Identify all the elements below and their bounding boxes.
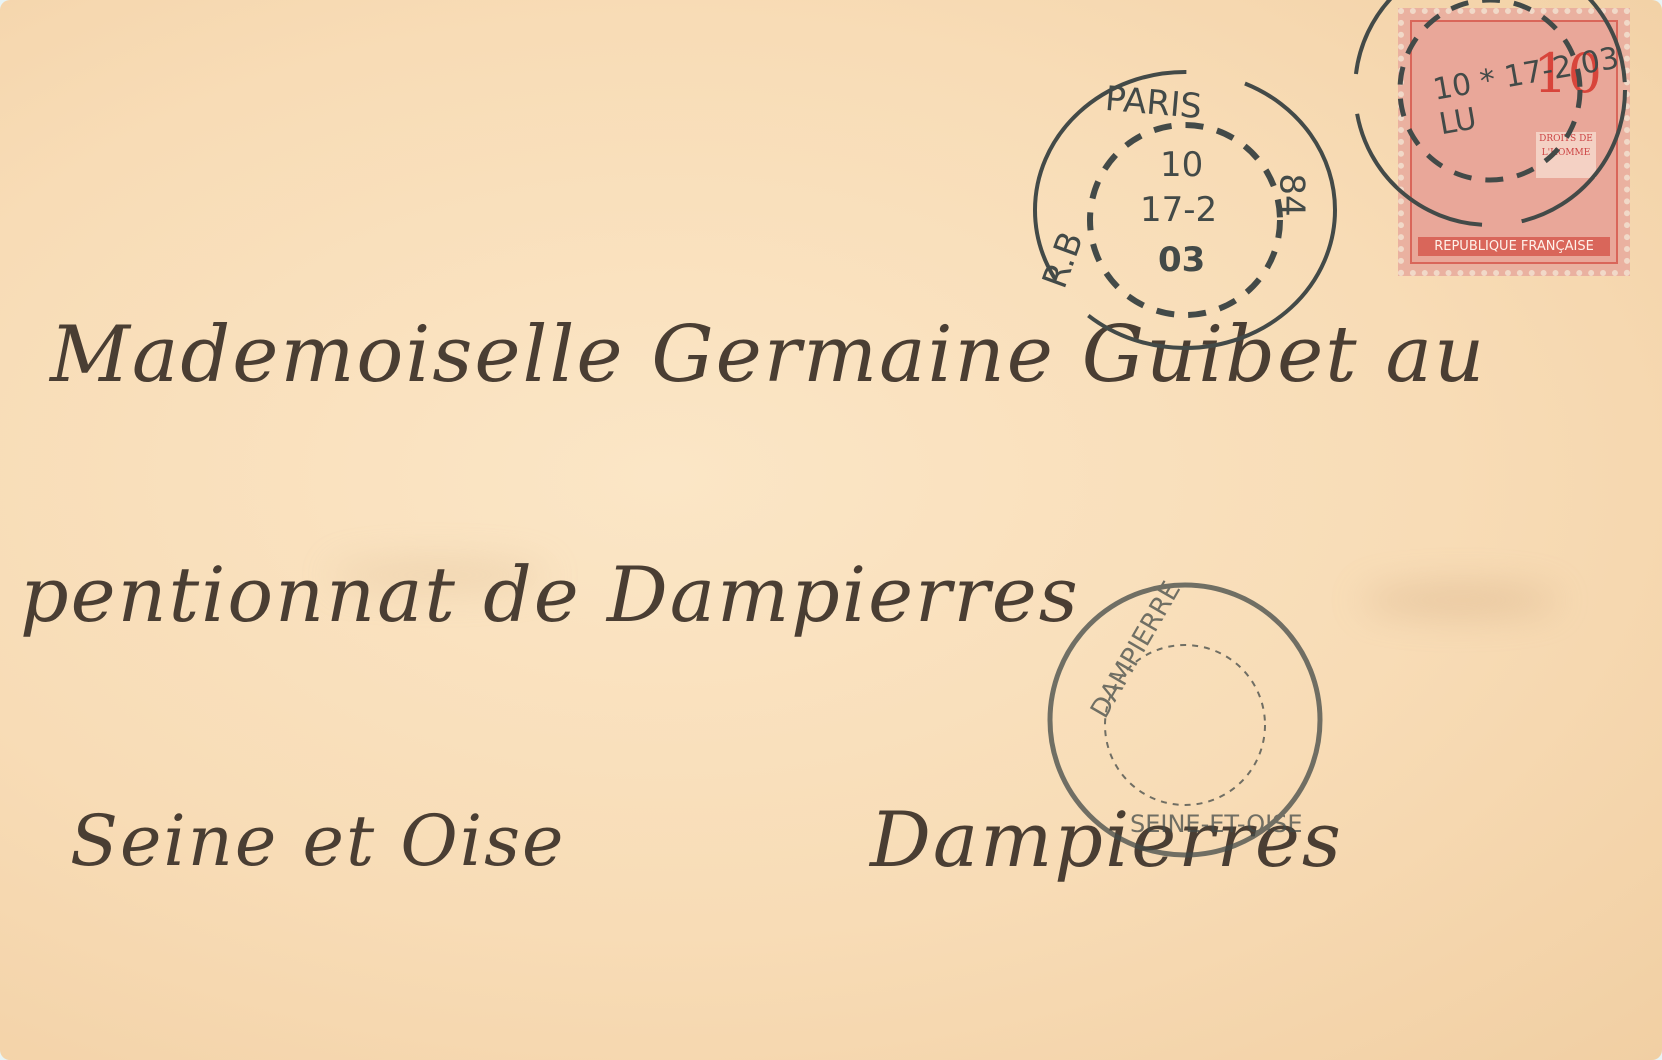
stain	[1360, 585, 1560, 615]
postmark-date: 17-2	[1140, 190, 1217, 230]
postmark-hour: 10	[1160, 145, 1203, 185]
postmark-year: 03	[1158, 240, 1205, 280]
postmark-dept: SEINE-ET-OISE	[1130, 810, 1303, 838]
address-line-school: pentionnat de Dampierres	[20, 550, 1080, 639]
postmark-overstamp: 10 * 17-2 03 LU	[1340, 0, 1640, 240]
postmark-dampierre: DAMPIERRE SEINE-ET-OISE	[1040, 575, 1330, 865]
address-line-department: Seine et Oise	[70, 800, 565, 882]
postcard-back: Mademoiselle Germaine Guibet au pentionn…	[0, 0, 1662, 1060]
postmark-city: PARIS	[1103, 79, 1203, 127]
postmark-paris: PARIS 10 17-2 03 84 R.B	[1030, 65, 1340, 355]
postmark-number: 84	[1272, 173, 1312, 216]
